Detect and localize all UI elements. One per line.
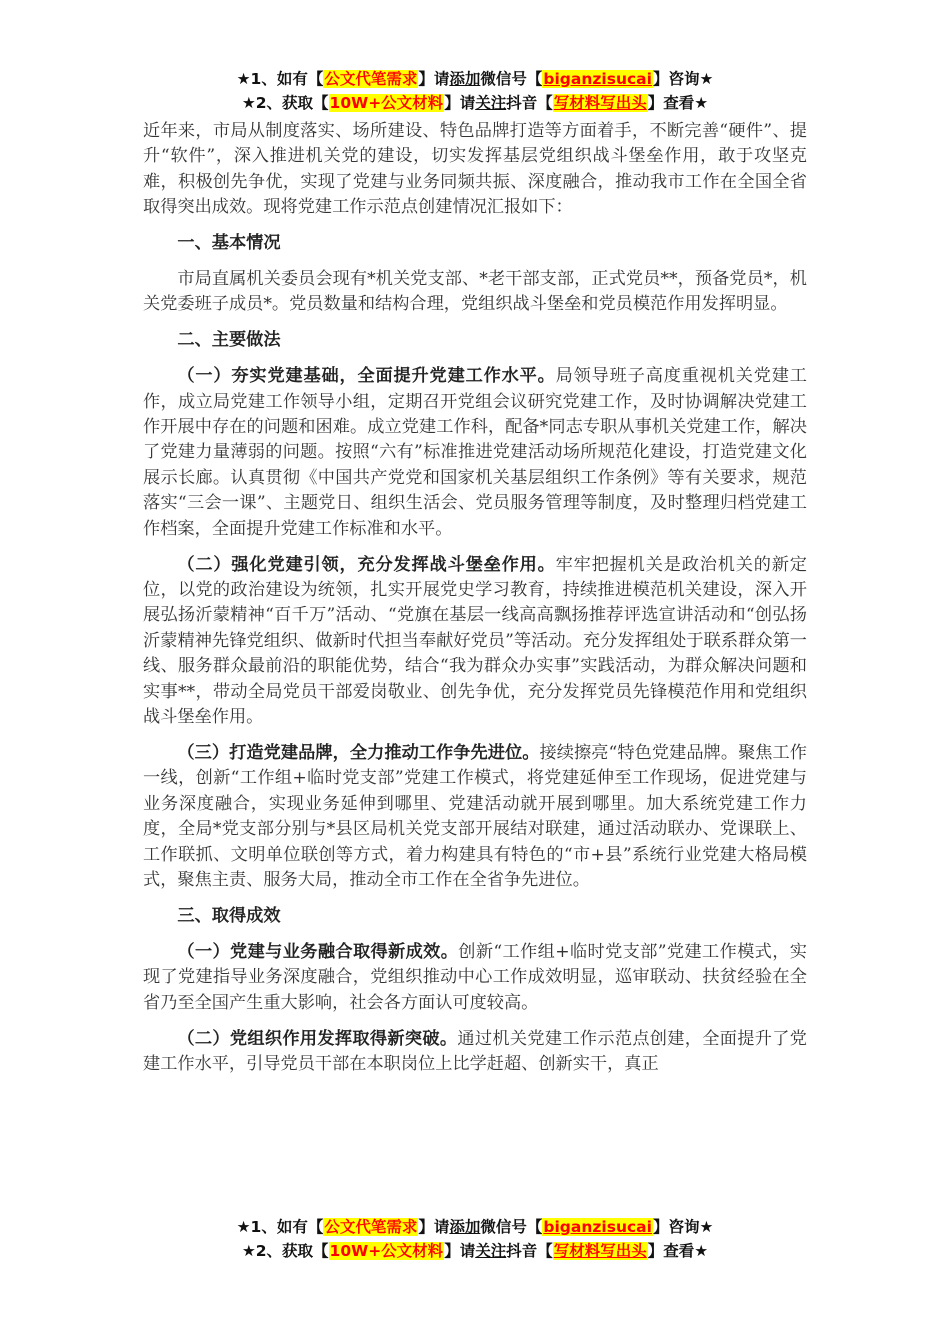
promo-text: 】咨询★	[653, 1218, 713, 1236]
promo-highlight: 10W+公文材料	[329, 1242, 445, 1260]
promo-banner-top: ★1、如有【公文代笔需求】请添加微信号【biganzisucai】咨询★ ★2、…	[0, 67, 950, 115]
promo-text: 】请	[444, 1242, 475, 1260]
paragraph-lead: （一）党建与业务融合取得新成效。	[177, 942, 458, 962]
promo-text: 】请	[418, 1218, 449, 1236]
promo-text: 】查看★	[648, 1242, 708, 1260]
result-paragraph: （二）党组织作用发挥取得新突破。通过机关党建工作示范点创建，全面提升了党建工作水…	[143, 1027, 807, 1078]
basic-info-paragraph: 市局直属机关委员会现有*机关党支部、*老干部支部，正式党员**，预备党员*，机关…	[143, 267, 807, 318]
promo-text: ★2、获取【	[242, 94, 329, 112]
promo-banner-bottom: ★1、如有【公文代笔需求】请添加微信号【biganzisucai】咨询★ ★2、…	[0, 1215, 950, 1263]
paragraph-lead: （一）夯实党建基础，全面提升党建工作水平。	[177, 366, 555, 386]
practice-paragraph: （二）强化党建引领，充分发挥战斗堡垒作用。牢牢把握机关是政治机关的新定位，以党的…	[143, 553, 807, 731]
promo-line-2: ★2、获取【10W+公文材料】请关注抖音【写材料写出头】查看★	[0, 91, 950, 115]
promo-text: 】查看★	[648, 94, 708, 112]
douyin-id-highlight: 写材料写出头	[553, 94, 648, 112]
promo-text: 抖音【	[506, 1242, 553, 1260]
paragraph-lead: （二）党组织作用发挥取得新突破。	[177, 1029, 457, 1049]
promo-text: 微信号【	[480, 70, 542, 88]
promo-text: ★2、获取【	[242, 1242, 329, 1260]
promo-text: 】请	[444, 94, 475, 112]
promo-text: 】咨询★	[653, 70, 713, 88]
promo-underlined-text: 添加	[449, 70, 480, 88]
section-heading-results: 三、取得成效	[143, 904, 807, 929]
paragraph-lead: （二）强化党建引领，充分发挥战斗堡垒作用。	[177, 555, 555, 575]
promo-text: 抖音【	[506, 94, 553, 112]
paragraph-lead: （三）打造党建品牌，全力推动工作争先进位。	[177, 743, 539, 763]
promo-underlined-text: 关注	[475, 94, 506, 112]
document-body: 近年来，市局从制度落实、场所建设、特色品牌打造等方面着手，不断完善“硬件”、提升…	[143, 119, 807, 1077]
intro-paragraph: 近年来，市局从制度落实、场所建设、特色品牌打造等方面着手，不断完善“硬件”、提升…	[143, 119, 807, 221]
promo-line-2: ★2、获取【10W+公文材料】请关注抖音【写材料写出头】查看★	[0, 1239, 950, 1263]
result-paragraph: （一）党建与业务融合取得新成效。创新“工作组+临时党支部”党建工作模式，实现了党…	[143, 940, 807, 1016]
wechat-id-highlight: biganzisucai	[542, 70, 653, 88]
wechat-id-highlight: biganzisucai	[542, 1218, 653, 1236]
promo-line-1: ★1、如有【公文代笔需求】请添加微信号【biganzisucai】咨询★	[0, 1215, 950, 1239]
promo-highlight: 公文代笔需求	[323, 1218, 418, 1236]
section-heading-basic: 一、基本情况	[143, 231, 807, 256]
promo-text: 微信号【	[480, 1218, 542, 1236]
promo-text: 】请	[418, 70, 449, 88]
practice-paragraph: （三）打造党建品牌，全力推动工作争先进位。接续擦亮“特色党建品牌。聚焦工作一线，…	[143, 741, 807, 893]
promo-highlight: 公文代笔需求	[323, 70, 418, 88]
promo-line-1: ★1、如有【公文代笔需求】请添加微信号【biganzisucai】咨询★	[0, 67, 950, 91]
practice-paragraph: （一）夯实党建基础，全面提升党建工作水平。局领导班子高度重视机关党建工作，成立局…	[143, 364, 807, 542]
promo-underlined-text: 关注	[475, 1242, 506, 1260]
promo-text: ★1、如有【	[237, 70, 324, 88]
promo-underlined-text: 添加	[449, 1218, 480, 1236]
douyin-id-highlight: 写材料写出头	[553, 1242, 648, 1260]
promo-highlight: 10W+公文材料	[329, 94, 445, 112]
promo-text: ★1、如有【	[237, 1218, 324, 1236]
section-heading-practices: 二、主要做法	[143, 328, 807, 353]
